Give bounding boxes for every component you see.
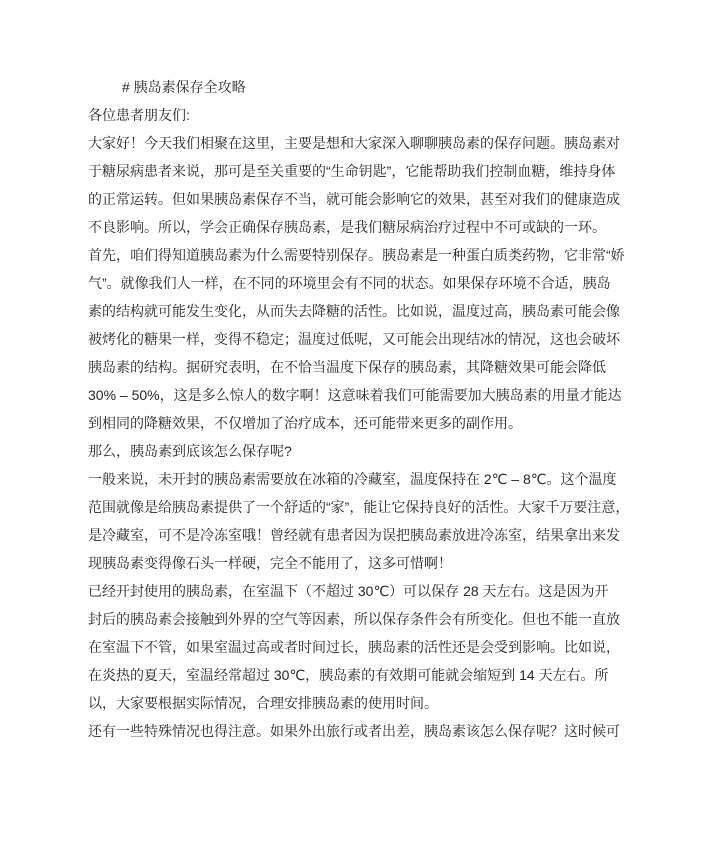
text-line: 还有一些特殊情况也得注意。如果外出旅行或者出差，胰岛素该怎么保存呢？这时候可 xyxy=(88,717,648,745)
text-line: 以，大家要根据实际情况，合理安排胰岛素的使用时间。 xyxy=(88,689,648,717)
text-line: 到相同的降糖效果，不仅增加了治疗成本，还可能带来更多的副作用。 xyxy=(88,409,648,437)
heading-line: # 胰岛素保存全攻略 xyxy=(88,73,648,101)
text-line: 在炎热的夏天，室温经常超过 30℃，胰岛素的有效期可能就会缩短到 14 天左右。… xyxy=(88,661,648,689)
text-line: 于糖尿病患者来说，那可是至关重要的“生命钥匙”，它能帮助我们控制血糖，维持身体 xyxy=(88,157,648,185)
text-line: 被烤化的糖果一样，变得不稳定；温度过低呢，又可能会出现结冰的情况，这也会破坏 xyxy=(88,325,648,353)
text-line: 胰岛素的结构。据研究表明，在不恰当温度下保存的胰岛素，其降糖效果可能会降低 xyxy=(88,353,648,381)
text-line: 的正常运转。但如果胰岛素保存不当，就可能会影响它的效果，甚至对我们的健康造成 xyxy=(88,185,648,213)
text-line: 范围就像是给胰岛素提供了一个舒适的“家”，能让它保持良好的活性。大家千万要注意， xyxy=(88,493,648,521)
text-line: 已经开封使用的胰岛素，在室温下（不超过 30℃）可以保存 28 天左右。这是因为… xyxy=(88,577,648,605)
paragraph-why-special-storage: 首先，咱们得知道胰岛素为什么需要特别保存。胰岛素是一种蛋白质类药物，它非常“娇气… xyxy=(88,241,648,437)
text-line: 那么，胰岛素到底该怎么保存呢? xyxy=(88,437,648,465)
paragraph-special-cases: 还有一些特殊情况也得注意。如果外出旅行或者出差，胰岛素该怎么保存呢？这时候可 xyxy=(88,717,648,745)
text-line: 是冷藏室，可不是冷冻室哦！曾经就有患者因为误把胰岛素放进冷冻室，结果拿出来发 xyxy=(88,521,648,549)
text-line: 大家好！今天我们相聚在这里，主要是想和大家深入聊聊胰岛素的保存问题。胰岛素对 xyxy=(88,129,648,157)
text-line: 不良影响。所以，学会正确保存胰岛素，是我们糖尿病治疗过程中不可或缺的一环。 xyxy=(88,213,648,241)
text-line: 一般来说，未开封的胰岛素需要放在冰箱的冷藏室，温度保持在 2℃ – 8℃。这个温… xyxy=(88,465,648,493)
text-line: 现胰岛素变得像石头一样硬，完全不能用了，这多可惜啊！ xyxy=(88,549,648,577)
text-line: 封后的胰岛素会接触到外界的空气等因素，所以保存条件会有所变化。但也不能一直放 xyxy=(88,605,648,633)
text-line: 首先，咱们得知道胰岛素为什么需要特别保存。胰岛素是一种蛋白质类药物，它非常“娇 xyxy=(88,241,648,269)
text-line: 30% – 50%，这是多么惊人的数字啊！这意味着我们可能需要加大胰岛素的用量才… xyxy=(88,381,648,409)
document-page: # 胰岛素保存全攻略各位患者朋友们:大家好！今天我们相聚在这里，主要是想和大家深… xyxy=(0,0,708,841)
text-line: 各位患者朋友们: xyxy=(88,101,648,129)
text-content: # 胰岛素保存全攻略各位患者朋友们:大家好！今天我们相聚在这里，主要是想和大家深… xyxy=(88,73,648,745)
paragraph-title: # 胰岛素保存全攻略 xyxy=(88,73,648,101)
paragraph-opened-storage: 已经开封使用的胰岛素，在室温下（不超过 30℃）可以保存 28 天左右。这是因为… xyxy=(88,577,648,717)
text-line: 素的结构就可能发生变化，从而失去降糖的活性。比如说，温度过高，胰岛素可能会像 xyxy=(88,297,648,325)
paragraph-intro: 大家好！今天我们相聚在这里，主要是想和大家深入聊聊胰岛素的保存问题。胰岛素对于糖… xyxy=(88,129,648,241)
text-line: 气”。就像我们人一样，在不同的环境里会有不同的状态。如果保存环境不合适，胰岛 xyxy=(88,269,648,297)
paragraph-unopened-storage: 一般来说，未开封的胰岛素需要放在冰箱的冷藏室，温度保持在 2℃ – 8℃。这个温… xyxy=(88,465,648,577)
paragraph-salutation: 各位患者朋友们: xyxy=(88,101,648,129)
paragraph-question-how-to-store: 那么，胰岛素到底该怎么保存呢? xyxy=(88,437,648,465)
text-line: 在室温下不管，如果室温过高或者时间过长，胰岛素的活性还是会受到影响。比如说， xyxy=(88,633,648,661)
